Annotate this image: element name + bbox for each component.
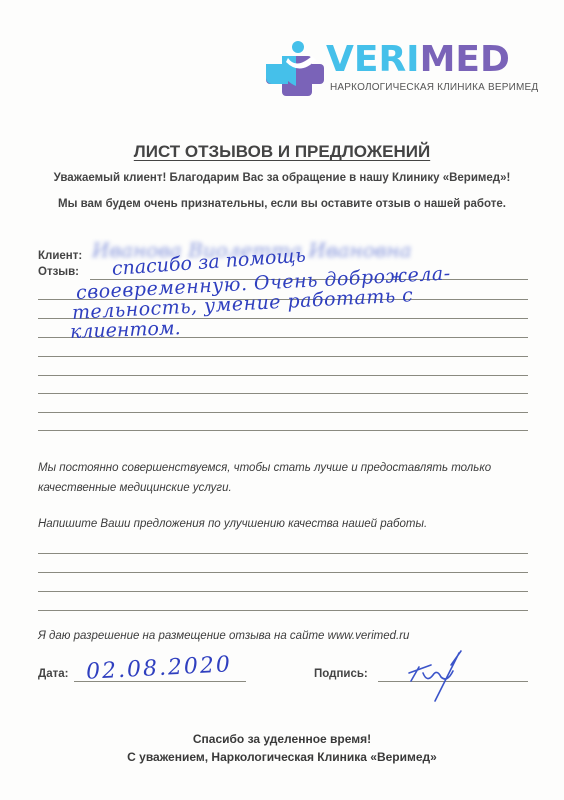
review-label: Отзыв: — [38, 266, 79, 278]
client-label: Клиент: — [38, 250, 82, 262]
regards-text: С уважением, Наркологическая Клиника «Ве… — [0, 750, 564, 764]
medical-cross-person-icon — [260, 38, 330, 96]
review-line[interactable] — [38, 412, 528, 413]
logo: VERIMED НАРКОЛОГИЧЕСКАЯ КЛИНИКА ВЕРИМЕД — [258, 36, 533, 98]
permission-text: Я даю разрешение на размещение отзыва на… — [38, 630, 409, 642]
signature-label: Подпись: — [314, 668, 368, 680]
thanks-text: Спасибо за уделенное время! — [0, 732, 564, 746]
date-handwritten: 02.08.2020 — [85, 652, 232, 685]
logo-subtitle: НАРКОЛОГИЧЕСКАЯ КЛИНИКА ВЕРИМЕД — [330, 82, 538, 93]
logo-wordmark: VERIMED — [326, 40, 510, 80]
review-handwritten-line: клиентом. — [70, 317, 181, 343]
suggestion-line[interactable] — [38, 610, 528, 611]
review-line[interactable] — [38, 393, 528, 394]
request-text: Мы вам будем очень признательны, если вы… — [0, 198, 564, 210]
form-title: ЛИСТ ОТЗЫВОВ И ПРЕДЛОЖЕНИЙ — [0, 142, 564, 162]
suggestion-line[interactable] — [38, 591, 528, 592]
review-line[interactable] — [38, 375, 528, 376]
greeting-text: Уважаемый клиент! Благодарим Вас за обра… — [0, 172, 564, 184]
review-line[interactable] — [38, 430, 528, 431]
suggestion-line[interactable] — [38, 553, 528, 554]
date-label: Дата: — [38, 668, 68, 680]
signature-scribble-icon — [405, 645, 475, 703]
review-line[interactable] — [38, 356, 528, 357]
suggestion-line[interactable] — [38, 572, 528, 573]
improvement-note: Мы постоянно совершенствуемся, чтобы ста… — [38, 462, 491, 474]
suggestions-prompt: Напишите Ваши предложения по улучшению к… — [38, 518, 427, 530]
improvement-note-2: качественные медицинские услуги. — [38, 482, 232, 494]
